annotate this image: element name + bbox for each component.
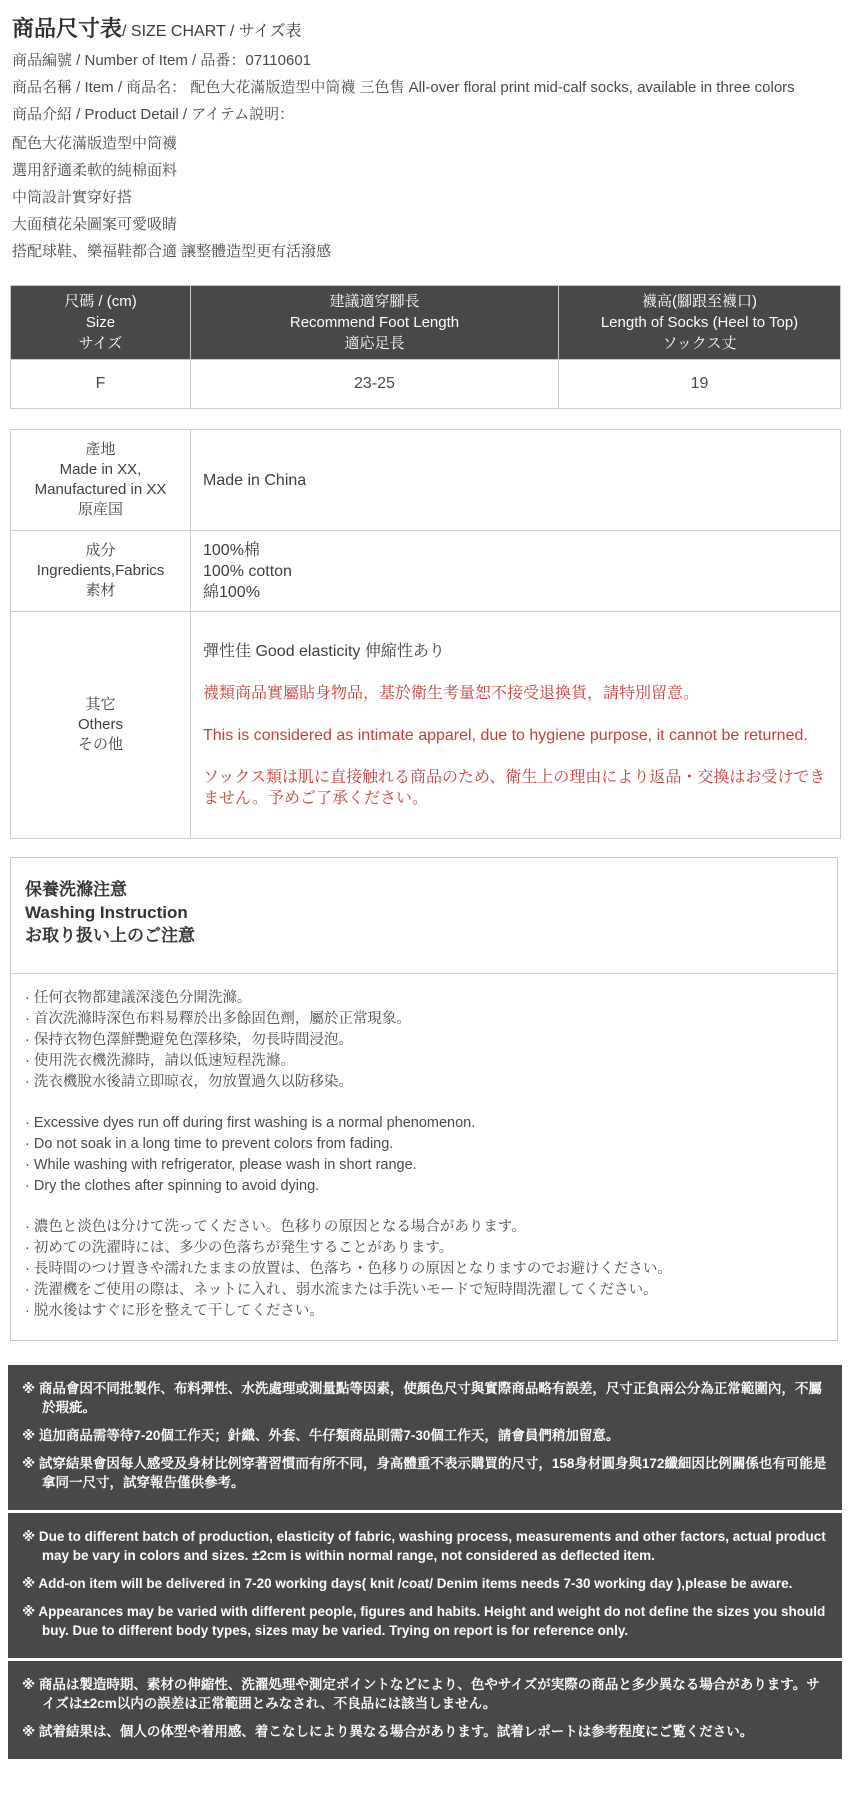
washing-line: · 濃色と淡色は分けて洗ってください。色移りの原因となる場合があります。 — [25, 1217, 823, 1238]
washing-line: · 脱水後はすぐに形を整えて干してください。 — [25, 1301, 823, 1322]
foot-length-value-cell: 23-25 — [191, 360, 559, 409]
washing-line: · Dry the clothes after spinning to avoi… — [25, 1176, 823, 1197]
hygiene-warning-en: This is considered as intimate apparel, … — [203, 725, 828, 746]
elasticity-note: 彈性佳 Good elasticity 伸縮性あり — [203, 641, 828, 662]
washing-line: · 長時間のつけ置きや濡れたままの放置は、色落ち・色移りの原因となりますのでお避… — [25, 1259, 823, 1280]
others-label-cell: 其它 Others その他 — [11, 612, 191, 839]
fabric-value-cell: 100%棉 100% cotton 綿100% — [191, 531, 841, 612]
washing-line: · Do not soak in a long time to prevent … — [25, 1134, 823, 1155]
sock-height-value-cell: 19 — [559, 360, 841, 409]
product-detail-list: 配色大花滿版造型中筒襪 選用舒適柔軟的純棉面料 中筒設計實穿好搭 大面積花朵圖案… — [12, 130, 838, 265]
size-column-header: 尺碼 / (cm) Size サイズ — [11, 286, 191, 360]
washing-line: · 任何衣物都建議深淺色分開洗滌。 — [25, 988, 823, 1009]
disclaimer-notes: ※ 商品會因不同批製作、布料彈性、水洗處理或測量點等因素，使顏色尺寸與實際商品略… — [8, 1365, 842, 1759]
table-row: F 23-25 19 — [11, 360, 841, 409]
sock-height-column-header: 襪高(腳跟至襪口) Length of Socks (Heel to Top) … — [559, 286, 841, 360]
foot-length-column-header: 建議適穿腳長 Recommend Foot Length 適応足長 — [191, 286, 559, 360]
page-title: 商品尺寸表/ SIZE CHART / サイズ表 — [12, 14, 838, 47]
disclaimer-note: ※ 追加商品需等待7-20個工作天；針織、外套、牛仔類商品則需7-30個工作天，… — [22, 1426, 828, 1445]
washing-line: · 保持衣物色澤鮮艷避免色澤移染，勿長時間浸泡。 — [25, 1030, 823, 1051]
origin-label-cell: 產地 Made in XX, Manufactured in XX 原産国 — [11, 430, 191, 531]
product-detail-line: 搭配球鞋、樂福鞋都合適 讓整體造型更有活潑感 — [12, 238, 838, 265]
washing-line: · Excessive dyes run off during first wa… — [25, 1113, 823, 1134]
disclaimer-box-en: ※ Due to different batch of production, … — [8, 1513, 842, 1658]
item-number-line: 商品編號 / Number of Item / 品番：07110601 — [12, 47, 824, 74]
washing-instruction-title: 保養洗滌注意 Washing Instruction お取り扱い上のご注意 — [11, 858, 837, 974]
disclaimer-box-zh: ※ 商品會因不同批製作、布料彈性、水洗處理或測量點等因素，使顏色尺寸與實際商品略… — [8, 1365, 842, 1510]
washing-group-en: · Excessive dyes run off during first wa… — [25, 1113, 823, 1197]
washing-line: · 使用洗衣機洗滌時，請以低速短程洗滌。 — [25, 1051, 823, 1072]
disclaimer-box-ja: ※ 商品は製造時期、素材の伸縮性、洗濯処理や測定ポイントなどにより、色やサイズが… — [8, 1661, 842, 1759]
washing-line: · While washing with refrigerator, pleas… — [25, 1155, 823, 1176]
product-detail-line: 中筒設計實穿好搭 — [12, 184, 838, 211]
page-title-sub: / SIZE CHART / サイズ表 — [122, 23, 302, 40]
table-row: 其它 Others その他 彈性佳 Good elasticity 伸縮性あり … — [11, 612, 841, 839]
disclaimer-note: ※ 商品會因不同批製作、布料彈性、水洗處理或測量點等因素，使顏色尺寸與實際商品略… — [22, 1379, 828, 1417]
hygiene-warning-ja: ソックス類は肌に直接触れる商品のため、衛生上の理由により返品・交換はお受けできま… — [203, 767, 828, 809]
hygiene-warning-zh: 襪類商品實屬貼身物品，基於衛生考量恕不接受退換貨，請特別留意。 — [203, 683, 828, 704]
item-name-line: 商品名稱 / Item / 商品名： 配色大花滿版造型中筒襪 三色售 All-o… — [12, 74, 824, 101]
disclaimer-note: ※ Add-on item will be delivered in 7-20 … — [22, 1574, 828, 1593]
product-detail-line: 大面積花朵圖案可愛吸睛 — [12, 211, 838, 238]
disclaimer-note: ※ Due to different batch of production, … — [22, 1527, 828, 1565]
size-value-cell: F — [11, 360, 191, 409]
disclaimer-note: ※ 試穿結果會因每人感受及身材比例穿著習慣而有所不同，身高體重不表示購買的尺寸，… — [22, 1454, 828, 1492]
table-row: 產地 Made in XX, Manufactured in XX 原産国 Ma… — [11, 430, 841, 531]
washing-group-ja: · 濃色と淡色は分けて洗ってください。色移りの原因となる場合があります。 · 初… — [25, 1217, 823, 1322]
washing-line: · 洗衣機脫水後請立即晾衣，勿放置過久以防移染。 — [25, 1072, 823, 1093]
size-chart-page: 商品尺寸表/ SIZE CHART / サイズ表 商品編號 / Number o… — [0, 0, 850, 1802]
washing-line: · 首次洗滌時深色布料易釋於出多餘固色劑，屬於正常現象。 — [25, 1009, 823, 1030]
page-title-zh: 商品尺寸表 — [12, 16, 122, 41]
origin-value-cell: Made in China — [191, 430, 841, 531]
fabric-label-cell: 成分 Ingredients,Fabrics 素材 — [11, 531, 191, 612]
washing-instruction-box: 保養洗滌注意 Washing Instruction お取り扱い上のご注意 · … — [10, 857, 838, 1341]
washing-instruction-body: · 任何衣物都建議深淺色分開洗滌。 · 首次洗滌時深色布料易釋於出多餘固色劑，屬… — [11, 974, 837, 1340]
washing-group-zh: · 任何衣物都建議深淺色分開洗滌。 · 首次洗滌時深色布料易釋於出多餘固色劑，屬… — [25, 988, 823, 1093]
others-value-cell: 彈性佳 Good elasticity 伸縮性あり 襪類商品實屬貼身物品，基於衛… — [191, 612, 841, 839]
product-spec-table: 產地 Made in XX, Manufactured in XX 原産国 Ma… — [10, 429, 841, 839]
product-detail-label: 商品介紹 / Product Detail / アイテム説明： — [12, 101, 824, 128]
disclaimer-note: ※ 商品は製造時期、素材の伸縮性、洗濯処理や測定ポイントなどにより、色やサイズが… — [22, 1675, 828, 1713]
size-chart-table: 尺碼 / (cm) Size サイズ 建議適穿腳長 Recommend Foot… — [10, 285, 841, 409]
product-detail-line: 配色大花滿版造型中筒襪 — [12, 130, 838, 157]
table-row: 成分 Ingredients,Fabrics 素材 100%棉 100% cot… — [11, 531, 841, 612]
disclaimer-note: ※ 試着結果は、個人の体型や着用感、着こなしにより異なる場合があります。試着レポ… — [22, 1722, 828, 1741]
washing-line: · 洗濯機をご使用の際は、ネットに入れ、弱水流または手洗いモードで短時間洗濯して… — [25, 1280, 823, 1301]
page-header: 商品尺寸表/ SIZE CHART / サイズ表 商品編號 / Number o… — [0, 14, 850, 265]
product-detail-line: 選用舒適柔軟的純棉面料 — [12, 157, 838, 184]
disclaimer-note: ※ Appearances may be varied with differe… — [22, 1602, 828, 1640]
washing-line: · 初めての洗濯時には、多少の色落ちが発生することがあります。 — [25, 1238, 823, 1259]
size-table-header-row: 尺碼 / (cm) Size サイズ 建議適穿腳長 Recommend Foot… — [11, 286, 841, 360]
